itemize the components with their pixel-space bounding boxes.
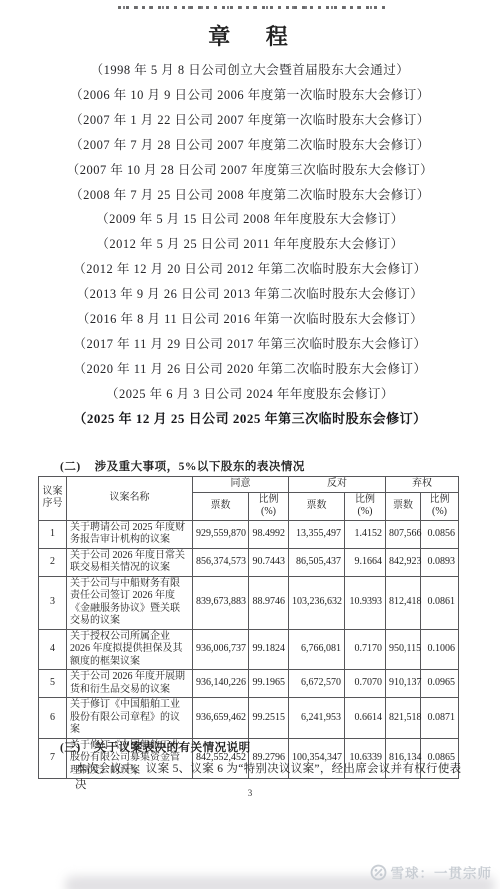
cell-proposal-name: 关于公司 2026 年度日常关联交易相关情况的议案 (67, 548, 193, 576)
amendment-line: （2012 年 5 月 25 日公司 2011 年年度股东大会修订） (0, 232, 500, 257)
cell-oppose-votes: 6,241,953 (289, 698, 345, 739)
amendment-line: （2017 年 11 月 29 日公司 2017 年第三次临时股东大会修订） (0, 332, 500, 357)
col-header-agree-votes: 票数 (193, 492, 249, 520)
amendment-line: （2009 年 5 月 15 日公司 2008 年年度股东大会修订） (0, 207, 500, 232)
amendment-line: （2020 年 11 月 26 日公司 2020 年第二次临时股东大会修订） (0, 357, 500, 382)
cell-agree-pct: 90.7443 (249, 548, 289, 576)
table-row: 6 关于修订《中国船舶工业股份有限公司章程》的议案 936,659,462 99… (39, 698, 459, 739)
cell-proposal-name: 关于授权公司所属企业 2026 年度拟提供担保及其额度的框架议案 (67, 629, 193, 670)
col-header-agree: 同意 (193, 477, 289, 493)
cell-oppose-pct: 0.6614 (345, 698, 386, 739)
cell-agree-votes: 856,374,573 (193, 548, 249, 576)
amendment-history-list: （1998 年 5 月 8 日公司创立大会暨首届股东大会通过） （2006 年 … (0, 58, 500, 432)
cell-seq: 6 (39, 698, 67, 739)
cell-proposal-name: 关于聘请公司 2025 年度财务报告审计机构的议案 (67, 520, 193, 548)
col-header-oppose-votes: 票数 (289, 492, 345, 520)
cell-abstain-votes: 842,923 (386, 548, 421, 576)
cell-abstain-votes: 812,418 (386, 576, 421, 629)
cell-abstain-votes: 807,566 (386, 520, 421, 548)
cell-oppose-votes: 6,766,081 (289, 629, 345, 670)
cell-oppose-votes: 103,236,632 (289, 576, 345, 629)
amendment-line: （2008 年 7 月 25 日公司 2008 年度第二次临时股东大会修订） (0, 183, 500, 208)
cell-agree-pct: 98.4992 (249, 520, 289, 548)
cell-proposal-name: 关于公司 2026 年度开展期货和衍生品交易的议案 (67, 670, 193, 698)
amendment-line-latest: （2025 年 12 月 25 日公司 2025 年第三次临时股东会修订） (0, 407, 500, 432)
voting-results-table: 议案 序号 议案名称 同意 反对 弃权 票数 比例(%) 票数 比例(%) 票数… (38, 476, 459, 779)
document-page: 章 程 （1998 年 5 月 8 日公司创立大会暨首届股东大会通过） （200… (0, 0, 500, 889)
cell-agree-pct: 88.9746 (249, 576, 289, 629)
col-header-agree-ratio: 比例(%) (249, 492, 289, 520)
cell-agree-pct: 99.1824 (249, 629, 289, 670)
col-header-oppose: 反对 (289, 477, 386, 493)
cell-agree-votes: 936,659,462 (193, 698, 249, 739)
table-row: 3 关于公司与中船财务有限责任公司签订 2026 年度《金融服务协议》暨关联交易… (39, 576, 459, 629)
cell-seq: 5 (39, 670, 67, 698)
cell-oppose-pct: 1.4152 (345, 520, 386, 548)
amendment-line: （2016 年 8 月 11 日公司 2016 年第一次临时股东大会修订） (0, 307, 500, 332)
amendment-line: （2007 年 7 月 28 日公司 2007 年度第二次临时股东大会修订） (0, 133, 500, 158)
clipped-header-line (118, 6, 386, 9)
col-header-name: 议案名称 (67, 477, 193, 521)
cell-abstain-pct: 0.0893 (421, 548, 459, 576)
cell-oppose-votes: 6,672,570 (289, 670, 345, 698)
cell-oppose-pct: 10.9393 (345, 576, 386, 629)
col-header-seq: 议案 序号 (39, 477, 67, 521)
page-title: 章 程 (0, 20, 500, 51)
cell-agree-votes: 936,006,737 (193, 629, 249, 670)
amendment-line: （2013 年 9 月 26 日公司 2013 年第二次临时股东大会修订） (0, 282, 500, 307)
watermark-text: 雪球：一贯宗师 (391, 862, 493, 882)
cell-seq: 2 (39, 548, 67, 576)
cell-abstain-votes: 950,115 (386, 629, 421, 670)
section-3-title: 关于议案表决的有关情况说明 (95, 742, 251, 754)
cell-abstain-pct: 0.0856 (421, 520, 459, 548)
cell-abstain-votes: 821,518 (386, 698, 421, 739)
amendment-line: （1998 年 5 月 8 日公司创立大会暨首届股东大会通过） (0, 58, 500, 83)
cell-seq: 1 (39, 520, 67, 548)
amendment-line: （2007 年 1 月 22 日公司 2007 年度第一次临时股东大会修订） (0, 108, 500, 133)
xueqiu-logo-icon (370, 864, 387, 881)
cell-abstain-pct: 0.1006 (421, 629, 459, 670)
amendment-line: （2006 年 10 月 9 日公司 2006 年度第一次临时股东大会修订） (0, 83, 500, 108)
table-row: 1 关于聘请公司 2025 年度财务报告审计机构的议案 929,559,870 … (39, 520, 459, 548)
cell-seq: 4 (39, 629, 67, 670)
cell-oppose-pct: 0.7170 (345, 629, 386, 670)
table-header-row-groups: 议案 序号 议案名称 同意 反对 弃权 (39, 477, 459, 493)
cell-oppose-pct: 0.7070 (345, 670, 386, 698)
table-row: 5 关于公司 2026 年度开展期货和衍生品交易的议案 936,140,226 … (39, 670, 459, 698)
table-row: 2 关于公司 2026 年度日常关联交易相关情况的议案 856,374,573 … (39, 548, 459, 576)
cell-abstain-votes: 910,137 (386, 670, 421, 698)
section-2-title: 涉及重大事项，5%以下股东的表决情况 (95, 461, 305, 473)
cell-agree-pct: 99.2515 (249, 698, 289, 739)
cell-abstain-pct: 0.0965 (421, 670, 459, 698)
section-3-label: (三) (60, 742, 81, 754)
cell-agree-votes: 839,673,883 (193, 576, 249, 629)
col-header-abstain-votes: 票数 (386, 492, 421, 520)
page-number: 3 (0, 788, 500, 798)
cell-oppose-votes: 86,505,437 (289, 548, 345, 576)
cell-agree-votes: 929,559,870 (193, 520, 249, 548)
col-header-abstain-ratio: 比例(%) (421, 492, 459, 520)
amendment-line: （2012 年 12 月 20 日公司 2012 年第二次临时股东大会修订） (0, 257, 500, 282)
section-2-label: (二) (60, 461, 81, 473)
cell-abstain-pct: 0.0861 (421, 576, 459, 629)
cell-proposal-name: 关于公司与中船财务有限责任公司签订 2026 年度《金融服务协议》暨关联交易的议… (67, 576, 193, 629)
col-header-abstain: 弃权 (386, 477, 459, 493)
section-2-heading: (二)涉及重大事项，5%以下股东的表决情况 (60, 458, 305, 474)
col-header-oppose-ratio: 比例(%) (345, 492, 386, 520)
cell-oppose-pct: 9.1664 (345, 548, 386, 576)
cell-oppose-votes: 13,355,497 (289, 520, 345, 548)
amendment-line: （2007 年 10 月 28 日公司 2007 年度第三次临时股东大会修订） (0, 158, 500, 183)
cell-abstain-pct: 0.0871 (421, 698, 459, 739)
cell-proposal-name: 关于修订《中国船舶工业股份有限公司章程》的议案 (67, 698, 193, 739)
cell-agree-pct: 99.1965 (249, 670, 289, 698)
xueqiu-watermark: 雪球：一贯宗师 (370, 862, 493, 882)
cell-agree-votes: 936,140,226 (193, 670, 249, 698)
cell-seq: 3 (39, 576, 67, 629)
table-row: 4 关于授权公司所属企业 2026 年度拟提供担保及其额度的框架议案 936,0… (39, 629, 459, 670)
amendment-line: （2025 年 6 月 3 日公司 2024 年年度股东会修订） (0, 382, 500, 407)
section-3-heading: (三)关于议案表决的有关情况说明 (60, 739, 251, 755)
